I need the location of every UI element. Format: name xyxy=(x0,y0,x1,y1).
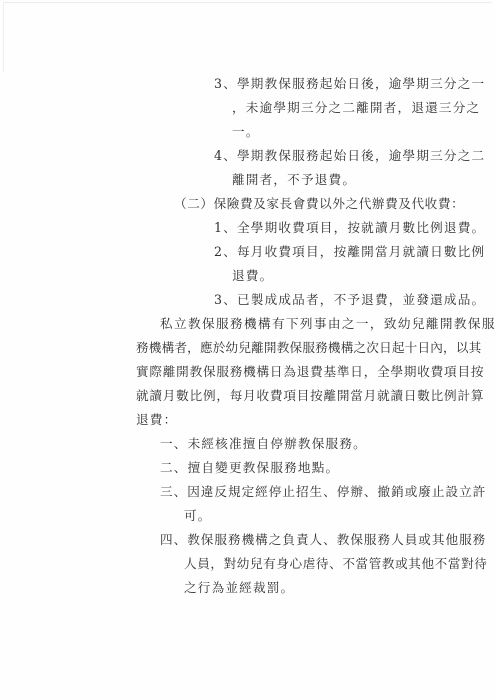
private-paragraph-line-3: 實際離開教保服務機構日為退費基準日，全學期收費項目按 xyxy=(136,364,484,380)
scan-edge-top xyxy=(3,2,491,3)
section-2-item-2-line-1: 2、每月收費項目，按離開當月就讀日數比例 xyxy=(214,244,485,260)
reason-4-line-1: 四、教保服務機構之負責人、教保服務人員或其他服務 xyxy=(160,532,486,548)
section-2-heading: （二）保險費及家長會費以外之代辦費及代收費： xyxy=(174,196,464,212)
reason-1: 一、未經核准擅自停辦教保服務。 xyxy=(160,436,367,452)
reason-4-line-2: 人員，對幼兒有身心虐待、不當管教或其他不當對待 xyxy=(184,556,487,572)
reason-2: 二、擅自變更教保服務地點。 xyxy=(160,460,339,476)
section-2-item-1: 1、全學期收費項目，按就讀月數比例退費。 xyxy=(214,220,485,236)
item-3-line-3: 一。 xyxy=(232,124,260,140)
reason-3-line-1: 三、因違反規定經停止招生、停辦、撤銷或廢止設立許 xyxy=(160,484,486,500)
private-paragraph-line-4: 就讀月數比例，每月收費項目按離開當月就讀日數比例計算 xyxy=(136,388,484,404)
private-paragraph-line-2: 務機構者，應於幼兒離開教保服務機構之次日起十日內，以其 xyxy=(136,340,481,356)
item-4-line-1: 4、學期教保服務起始日後，逾學期三分之二 xyxy=(214,148,485,164)
private-paragraph-line-1: 私立教保服務機構有下列事由之一，致幼兒離開教保服 xyxy=(160,316,495,332)
document-page: 3、學期教保服務起始日後，逾學期三分之一 ，未逾學期三分之二離開者，退還三分之 … xyxy=(0,0,495,700)
private-paragraph-line-5: 退費： xyxy=(136,412,177,428)
item-3-line-1: 3、學期教保服務起始日後，逾學期三分之一 xyxy=(214,76,485,92)
item-4-line-2: 離開者，不予退費。 xyxy=(232,172,356,188)
scan-edge-left xyxy=(3,2,4,72)
section-2-item-3: 3、已製成成品者，不予退費，並發還成品。 xyxy=(214,292,485,308)
reason-4-line-3: 之行為並經裁罰。 xyxy=(184,580,294,596)
section-2-item-2-line-2: 退費。 xyxy=(232,268,273,284)
item-3-line-2: ，未逾學期三分之二離開者，退還三分之 xyxy=(232,100,480,116)
reason-3-line-2: 可。 xyxy=(184,508,212,524)
